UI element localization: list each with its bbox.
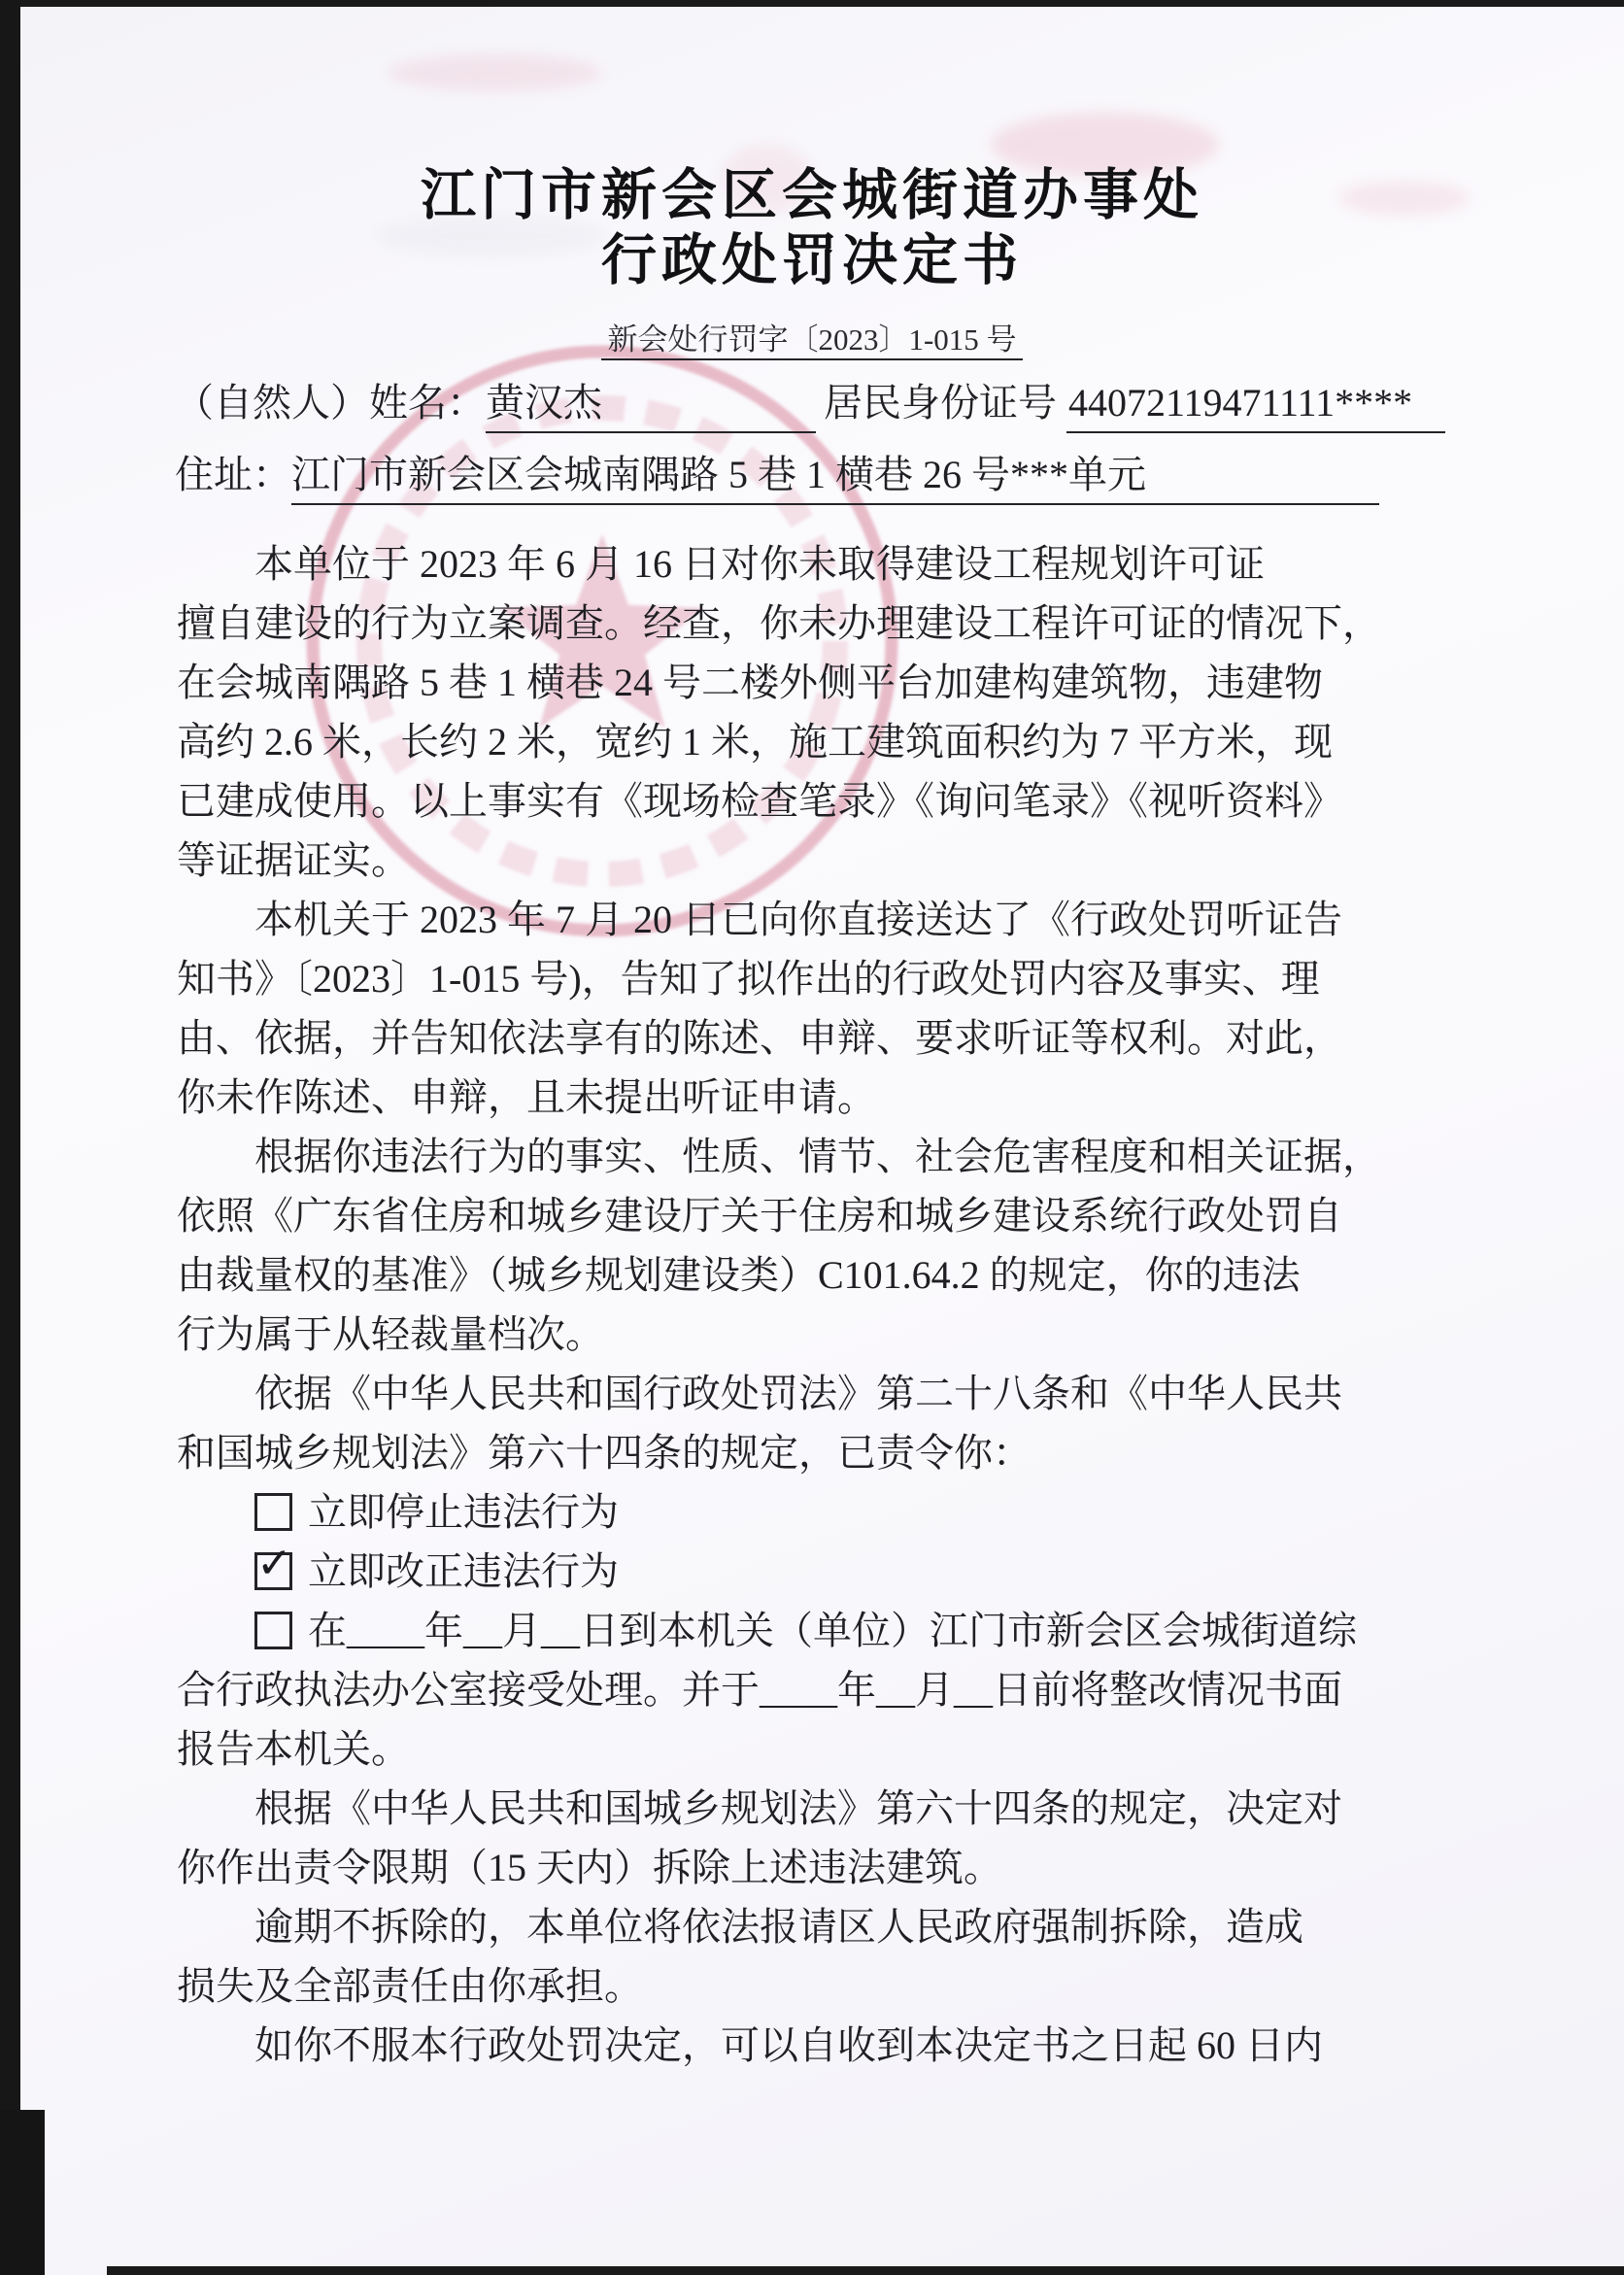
option-correct-illegal-act: ✓ 立即改正违法行为 bbox=[177, 1542, 1439, 1601]
document-number-text: 新会处行罚字〔2023〕1-015 号 bbox=[601, 323, 1022, 360]
body-line: 等证据证实。 bbox=[177, 831, 1439, 890]
title-line-1: 江门市新会区会城街道办事处 bbox=[0, 163, 1624, 228]
name-label: （自然人）姓名： bbox=[175, 381, 486, 424]
document-content: 江门市新会区会城街道办事处 行政处罚决定书 新会处行罚字〔2023〕1-015 … bbox=[0, 0, 1624, 2075]
checkbox-unchecked-icon bbox=[254, 1612, 292, 1649]
id-label: 居民身份证号 bbox=[824, 381, 1057, 424]
body-line: 报告本机关。 bbox=[177, 1719, 1439, 1779]
body-line: 本单位于 2023 年 6 月 16 日对你未取得建设工程规划许可证 bbox=[177, 534, 1439, 594]
body-line: 行为属于从轻裁量档次。 bbox=[177, 1305, 1439, 1364]
recipient-name-line: （自然人）姓名：黄汉杰居民身份证号 44072119471111**** bbox=[175, 375, 1449, 433]
body-line: 合行政执法办公室接受处理。并于____年__月__日前将整改情况书面 bbox=[177, 1660, 1439, 1719]
body-line: 本机关于 2023 年 7 月 20 日已向你直接送达了《行政处罚听证告 bbox=[177, 890, 1439, 949]
option-label: 立即停止违法行为 bbox=[308, 1482, 619, 1542]
body-line: 高约 2.6 米，长约 2 米，宽约 1 米，施工建筑面积约为 7 平方米，现 bbox=[177, 712, 1439, 771]
body-line: 擅自建设的行为立案调查。经查，你未办理建设工程许可证的情况下， bbox=[177, 594, 1439, 653]
body-line: 由裁量权的基准》（城乡规划建设类）C101.64.2 的规定，你的违法 bbox=[177, 1245, 1439, 1305]
recipient-address: 江门市新会区会城南隅路 5 巷 1 横巷 26 号***单元 bbox=[291, 447, 1379, 505]
body-line: 如你不服本行政处罚决定，可以自收到本决定书之日起 60 日内 bbox=[177, 2016, 1439, 2075]
title-line-2: 行政处罚决定书 bbox=[0, 228, 1624, 293]
body-line: 知书》〔2023〕1-015 号)，告知了拟作出的行政处罚内容及事实、理 bbox=[177, 949, 1439, 1008]
body-line: 和国城乡规划法》第六十四条的规定，已责令你： bbox=[177, 1423, 1439, 1482]
body-line: 损失及全部责任由你承担。 bbox=[177, 1956, 1439, 2016]
option-report-to-office: 在____年__月__日到本机关（单位）江门市新会区会城街道综 bbox=[177, 1601, 1439, 1660]
body-line: 你未作陈述、申辩，且未提出听证申请。 bbox=[177, 1068, 1439, 1127]
checkbox-unchecked-icon bbox=[254, 1493, 292, 1531]
recipient-id-number: 44072119471111**** bbox=[1066, 375, 1445, 433]
check-mark-icon: ✓ bbox=[256, 1543, 292, 1585]
recipient-address-line: 住址：江门市新会区会城南隅路 5 巷 1 横巷 26 号***单元 bbox=[175, 447, 1449, 505]
body-line: 根据《中华人民共和国城乡规划法》第六十四条的规定，决定对 bbox=[177, 1779, 1439, 1838]
option-label: 在____年__月__日到本机关（单位）江门市新会区会城街道综 bbox=[308, 1601, 1357, 1660]
body-line: 依照《广东省住房和城乡建设厅关于住房和城乡建设系统行政处罚自 bbox=[177, 1186, 1439, 1245]
document-header: 江门市新会区会城街道办事处 行政处罚决定书 新会处行罚字〔2023〕1-015 … bbox=[0, 0, 1624, 361]
checkbox-checked-icon: ✓ bbox=[254, 1552, 292, 1590]
body-line: 逾期不拆除的，本单位将依法报请区人民政府强制拆除，造成 bbox=[177, 1897, 1439, 1956]
option-stop-illegal-act: 立即停止违法行为 bbox=[177, 1482, 1439, 1542]
body-line: 已建成使用。以上事实有《现场检查笔录》《询问笔录》《视听资料》 bbox=[177, 771, 1439, 831]
document-number: 新会处行罚字〔2023〕1-015 号 bbox=[0, 319, 1624, 361]
body-line: 你作出责令限期（15 天内）拆除上述违法建筑。 bbox=[177, 1838, 1439, 1897]
body-text: 本单位于 2023 年 6 月 16 日对你未取得建设工程规划许可证 擅自建设的… bbox=[177, 534, 1439, 2075]
scan-edge-bottom bbox=[107, 2266, 1624, 2275]
recipient-name: 黄汉杰 bbox=[486, 375, 816, 433]
body-line: 依据《中华人民共和国行政处罚法》第二十八条和《中华人民共 bbox=[177, 1364, 1439, 1423]
scan-corner-bottom-left bbox=[0, 2110, 45, 2275]
body-line: 在会城南隅路 5 巷 1 横巷 24 号二楼外侧平台加建构建筑物，违建物 bbox=[177, 653, 1439, 712]
address-label: 住址： bbox=[175, 453, 291, 496]
option-label: 立即改正违法行为 bbox=[308, 1542, 619, 1601]
body-line: 由、依据，并告知依法享有的陈述、申辩、要求听证等权利。对此， bbox=[177, 1008, 1439, 1068]
scanned-penalty-decision-page: 江门市新会区会城街道办事处 行政处罚决定书 新会处行罚字〔2023〕1-015 … bbox=[0, 0, 1624, 2275]
body-line: 根据你违法行为的事实、性质、情节、社会危害程度和相关证据， bbox=[177, 1127, 1439, 1186]
